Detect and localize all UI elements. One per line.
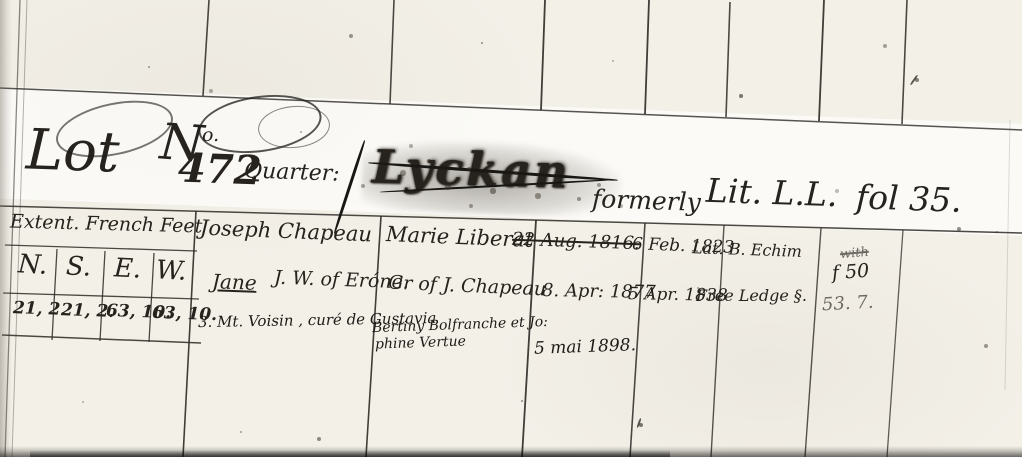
entry2-ledger-note: Free Ledge §.	[696, 288, 807, 304]
scan-edge-left	[0, 0, 12, 457]
extent-col-west: W.	[155, 257, 187, 285]
extent-col-north: N.	[17, 251, 48, 279]
extent-table-title: Extent. French Feet	[10, 212, 203, 236]
heading-formerly-label: formerly	[592, 186, 702, 215]
extent-col-south: S.	[65, 253, 91, 280]
entry3-names-line2: phine Vertue	[375, 334, 466, 351]
entry1-fee-amount: f 50	[831, 262, 869, 284]
entry1-reference-note: Lat. B. Echim	[692, 240, 802, 260]
entry2-heir-name: Jane	[212, 271, 257, 293]
extent-value-north: 21, 2.	[13, 300, 67, 319]
entry3-date: 5 mai 1898.	[534, 337, 637, 358]
heading-lit-reference: Lit. L.L.	[705, 174, 838, 212]
ledger-scan-page: Lot N o. 472 Quarter: Lyckan formerly Li…	[0, 0, 1022, 457]
entry2-amount: 53. 7.	[822, 294, 874, 315]
entry1-date-struck: 22 Aug. 1816.	[512, 231, 640, 253]
heading-quarter-label: Quarter:	[244, 160, 340, 185]
extent-col-east: E.	[113, 255, 142, 282]
heading-folio-reference: fol 35.	[855, 180, 962, 217]
scan-edge-bottom-dark	[30, 450, 670, 457]
